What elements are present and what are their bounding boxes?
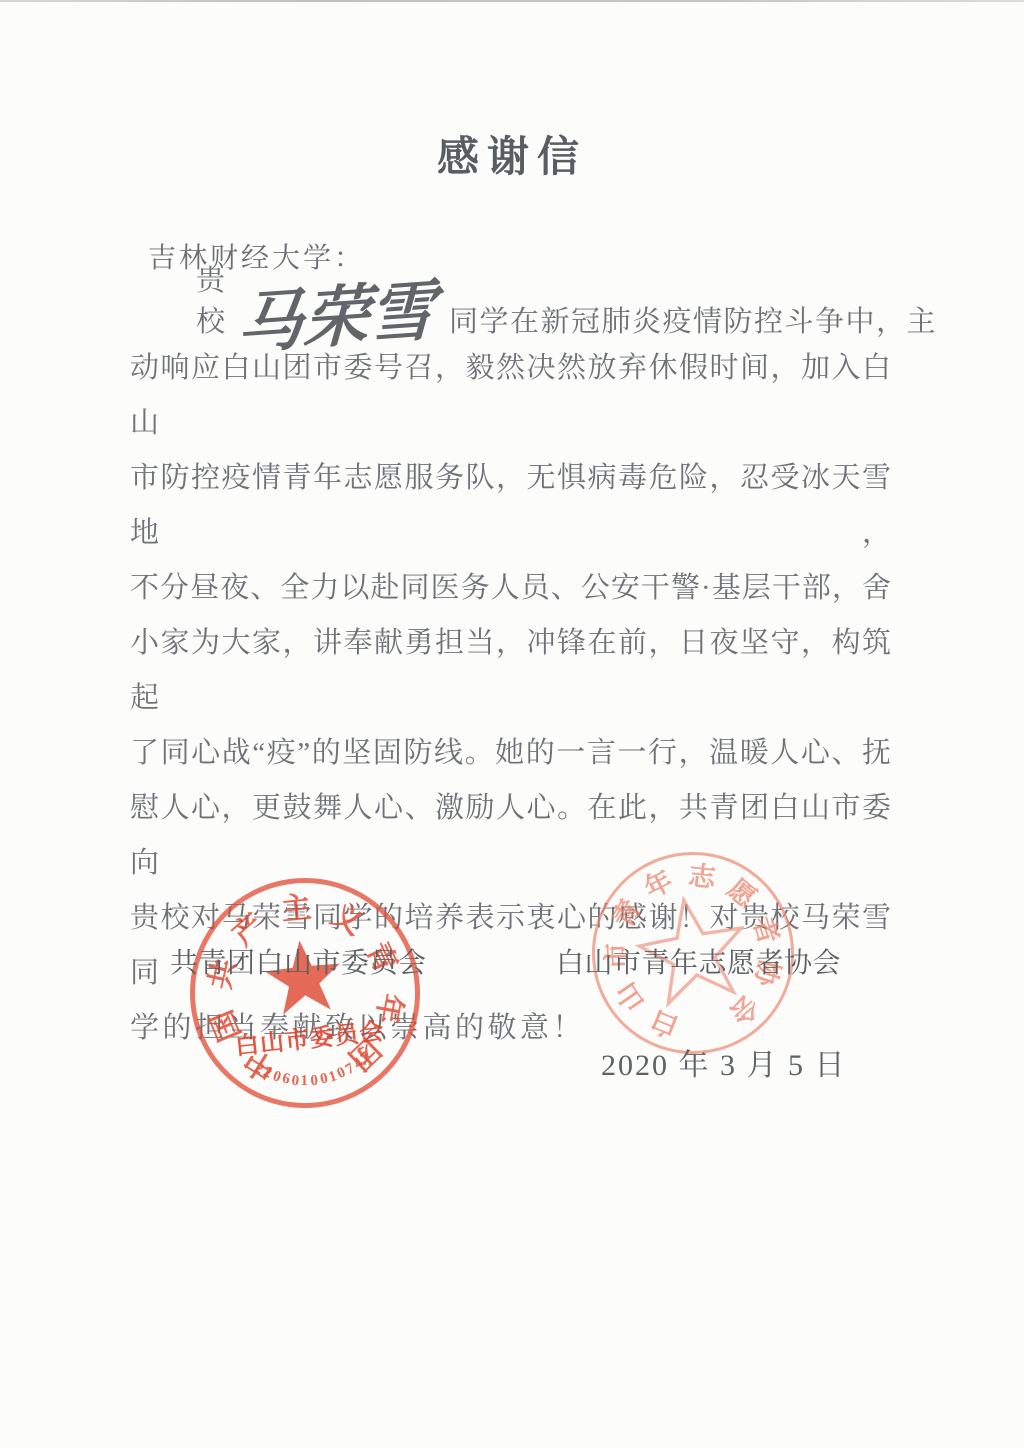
signature-youth-league: 共青团白山市委员会 bbox=[170, 941, 427, 981]
letter-title: 感谢信 bbox=[0, 124, 1024, 184]
seal-ring-char: 1 bbox=[301, 1074, 309, 1089]
seal-serial-number: 2206010010747 bbox=[184, 872, 426, 1114]
seal-ring-char: 6 bbox=[280, 1072, 291, 1088]
seal-ring-char: 0 bbox=[291, 1074, 300, 1090]
body-line: 动响应白山团市委号召，毅然决然放弃休假时间，加入白山 bbox=[130, 341, 892, 451]
body-line: 不分昼夜、全力以赴同医务人员、公安干警·基层干部，舍 bbox=[130, 561, 892, 616]
signature-volunteers-association: 白山市青年志愿者协会 bbox=[556, 941, 841, 981]
body-line: 小家为大家，讲奉献勇担当，冲锋在前，日夜坚守，构筑起 bbox=[130, 616, 892, 726]
seal-ring-char: 志 bbox=[687, 863, 717, 893]
seal-ring-char: 0 bbox=[310, 1074, 319, 1090]
body-line: 市防控疫情青年志愿服务队，无惧病毒危险，忍受冰天雪地， bbox=[130, 451, 892, 561]
official-seal-youth-league: 中国共产主义青年团 白山市委员会 2206010010747 bbox=[179, 867, 432, 1120]
letter-date: 2020 年 3 月 5 日 bbox=[601, 1040, 847, 1084]
first-line-prefix: 贵校 bbox=[196, 258, 229, 352]
scan-edge-artifact bbox=[0, 0, 1024, 2]
body-line: 了同心战“疫”的坚固防线。她的一言一行，温暖人心、抚 bbox=[130, 726, 892, 781]
body-first-line: 贵校 马荣雪 同学在新冠肺炎疫情防控斗争中，主 bbox=[130, 262, 900, 352]
